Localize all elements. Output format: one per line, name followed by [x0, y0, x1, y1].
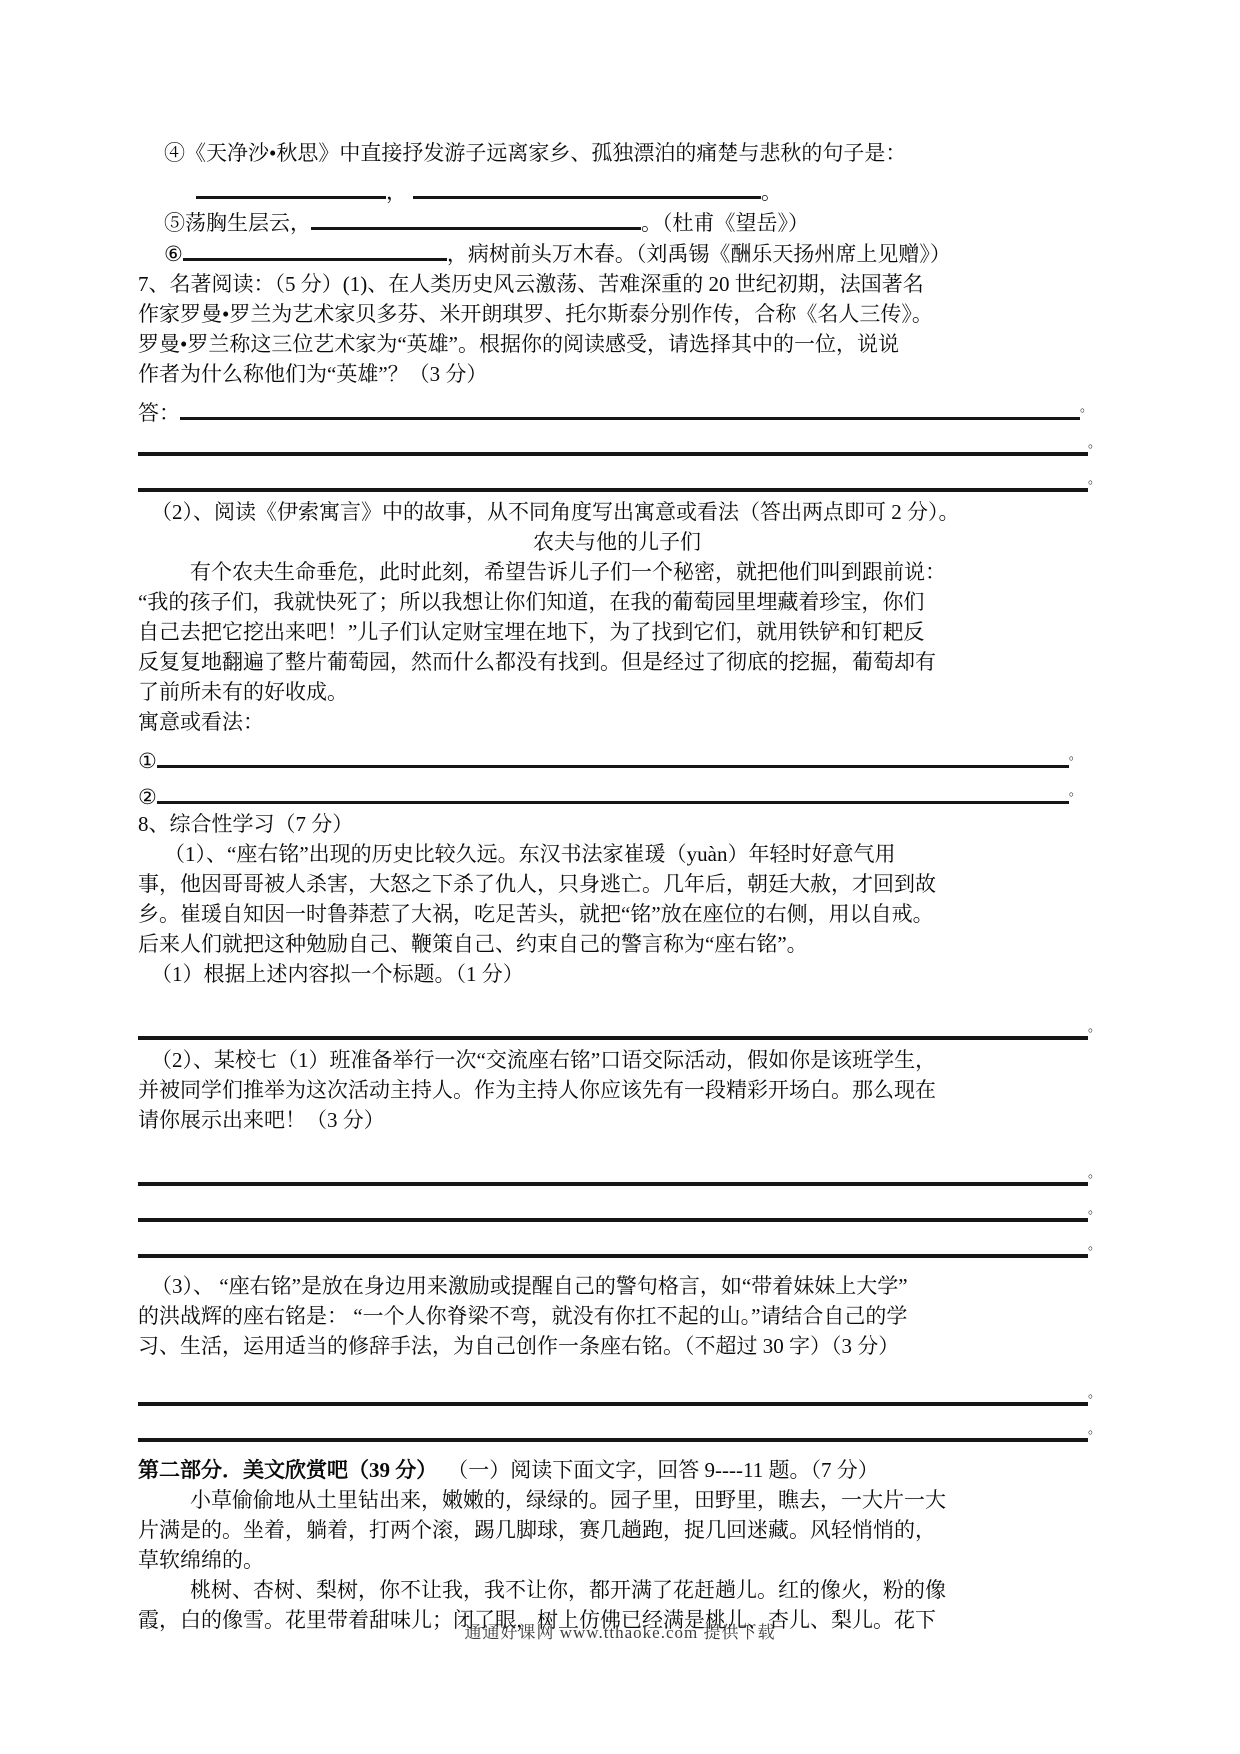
item2-marker: ② [138, 785, 157, 809]
period: 。 [1088, 1421, 1101, 1436]
answer-line-row: 。 [138, 1411, 1096, 1447]
q4-prompt: ④《天净沙•秋思》中直接抒发游子远离家乡、孤独漂泊的痛楚与悲秋的句子是： [138, 138, 1096, 168]
q6-marker: ⑥ [164, 242, 183, 266]
takeaway-row-1: ①。 [138, 737, 1096, 773]
answer-line-row: 。 [138, 1009, 1096, 1045]
period: 。 [1088, 1385, 1101, 1400]
answer-line-row: 。 [138, 1191, 1096, 1227]
q7b-prompt: （2）、阅读《伊索寓言》中的故事，从不同角度写出寓意或看法（答出两点即可 2 分… [138, 497, 1096, 527]
q8-intro-line: （1）、“座右铭”出现的历史比较久远。东汉书法家崔瑗（yuàn）年轻时好意气用 [138, 839, 1096, 869]
passage-line: 桃树、杏树、梨树，你不让我，我不让你，都开满了花赶趟儿。红的像火，粉的像 [138, 1575, 1096, 1605]
takeaway-label: 寓意或看法： [138, 707, 1096, 737]
q6-row: ⑥，病树前头万木春。（刘禹锡《酬乐天扬州席上见赠》） [138, 238, 1096, 269]
q6-source: ，病树前头万木春。（刘禹锡《酬乐天扬州席上见赠》） [447, 242, 951, 266]
answer-blank [138, 468, 1088, 492]
q8-sub3-line: 习、生活，运用适当的修辞手法，为自己创作一条座右铭。（不超过 30 字）（3 分… [138, 1331, 1096, 1361]
answer-label: 答： [138, 401, 180, 425]
q5-row: ⑤荡胸生层云，。（杜甫《望岳》） [138, 207, 1096, 238]
q8-heading: 8、综合性学习（7 分） [138, 809, 1096, 839]
story-title: 农夫与他的儿子们 [138, 527, 1096, 557]
answer-line-row: 。 [138, 1155, 1096, 1191]
item1-marker: ① [138, 749, 157, 773]
part2-heading-instruction: （一）阅读下面文字，回答 9----11 题。（7 分） [447, 1458, 878, 1482]
period: 。 [1088, 1165, 1101, 1180]
answer-blank [196, 176, 386, 199]
q8-sub3-line: 的洪战辉的座右铭是： “一个人你脊梁不弯，就没有你扛不起的山。”请结合自己的学 [138, 1301, 1096, 1331]
story-line: 有个农夫生命垂危，此时此刻，希望告诉儿子们一个秘密，就把他们叫到跟前说： [138, 557, 1096, 587]
passage-line: 小草偷偷地从土里钻出来，嫩嫩的，绿绿的。园子里，田野里，瞧去，一大片一大 [138, 1485, 1096, 1515]
q7-line: 作者为什么称他们为“英雄”？（3 分） [138, 359, 1096, 389]
q8-intro-line: 后来人们就把这种勉励自己、鞭策自己、约束自己的警言称为“座右铭”。 [138, 929, 1096, 959]
exam-paper-page: ④《天净沙•秋思》中直接抒发游子远离家乡、孤独漂泊的痛楚与悲秋的句子是： ，。 … [0, 0, 1240, 1754]
q7-line: 7、名著阅读：（5 分）(1)、在人类历史风云激荡、苦难深重的 20 世纪初期，… [138, 269, 1096, 299]
q8-sub2-line: 并被同学们推举为这次活动主持人。作为主持人你应该先有一段精彩开场白。那么现在 [138, 1075, 1096, 1105]
period: 。 [1088, 435, 1101, 450]
answer-blank [138, 1198, 1088, 1222]
q8-sub3-line: （3）、 “座右铭”是放在身边用来激励或提醒自己的警句格言，如“带着妹妹上大学” [138, 1271, 1096, 1301]
part2-heading: 第二部分．美文欣赏吧（39 分）（一）阅读下面文字，回答 9----11 题。（… [138, 1455, 1096, 1485]
period: 。 [1088, 1237, 1101, 1252]
q8-sub2-line: （2）、某校七（1）班准备举行一次“交流座右铭”口语交际活动，假如你是该班学生， [138, 1045, 1096, 1075]
period: 。 [1069, 783, 1082, 798]
period: 。 [1088, 1201, 1101, 1216]
q4-answer-row: ，。 [138, 176, 1096, 207]
story-line: 自己去把它挖出来吧！”儿子们认定财宝埋在地下，为了找到它们，就用铁铲和钉耙反 [138, 617, 1096, 647]
q8-intro-line: 事，他因哥哥被人杀害，大怒之下杀了仇人，只身逃亡。几年后，朝廷大赦，才回到故 [138, 869, 1096, 899]
story-line: “我的孩子们，我就快死了；所以我想让你们知道，在我的葡萄园里埋藏着珍宝，你们 [138, 587, 1096, 617]
answer-blank [138, 432, 1088, 456]
q7-line: 作家罗曼•罗兰为艺术家贝多芬、米开朗琪罗、托尔斯泰分别作传，合称《名人三传》。 [138, 299, 1096, 329]
answer-blank [138, 1418, 1088, 1442]
answer-blank [157, 781, 1069, 804]
q8-sub2-line: 请你展示出来吧！（3 分） [138, 1105, 1096, 1135]
answer-blank [413, 176, 761, 199]
answer-blank [138, 1234, 1088, 1258]
part2-heading-title: 第二部分．美文欣赏吧（39 分） [138, 1458, 437, 1482]
period: 。 [1069, 747, 1082, 762]
answer-blank [138, 1162, 1088, 1186]
exam-content: ④《天净沙•秋思》中直接抒发游子远离家乡、孤独漂泊的痛楚与悲秋的句子是： ，。 … [138, 138, 1096, 1635]
passage-line: 草软绵绵的。 [138, 1545, 1096, 1575]
answer-blank [138, 1382, 1088, 1406]
comma: ， [386, 180, 407, 204]
answer-blank [157, 745, 1069, 768]
answer-blank [311, 207, 641, 230]
answer-line-row: 。 [138, 461, 1096, 497]
passage-line: 片满是的。坐着，躺着，打两个滚，踢几脚球，赛几趟跑，捉几回迷藏。风轻悄悄的， [138, 1515, 1096, 1545]
period: 。 [1088, 1019, 1101, 1034]
takeaway-row-2: ②。 [138, 773, 1096, 809]
story-line: 反复复地翻遍了整片葡萄园，然而什么都没有找到。但是经过了彻底的挖掘，葡萄却有 [138, 647, 1096, 677]
q7-line: 罗曼•罗兰称这三位艺术家为“英雄”。根据你的阅读感受，请选择其中的一位，说说 [138, 329, 1096, 359]
answer-blank [180, 397, 1080, 420]
answer-blank [138, 1016, 1088, 1040]
q5-text: ⑤荡胸生层云， [164, 211, 311, 235]
q7-answer-row: 答：。 [138, 389, 1096, 425]
period: 。 [1080, 399, 1093, 414]
answer-line-row: 。 [138, 1227, 1096, 1263]
story-line: 了前所未有的好收成。 [138, 677, 1096, 707]
q8-sub1-prompt: （1）根据上述内容拟一个标题。（1 分） [138, 959, 1096, 989]
answer-line-row: 。 [138, 1375, 1096, 1411]
q8-intro-line: 乡。崔瑗自知因一时鲁莽惹了大祸，吃足苦头，就把“铭”放在座位的右侧，用以自戒。 [138, 899, 1096, 929]
answer-line-row: 。 [138, 425, 1096, 461]
q5-source: 。（杜甫《望岳》） [641, 211, 809, 235]
footer-watermark: 通通好课网 www.tthaoke.com 提供下载 [0, 1618, 1240, 1643]
answer-blank [183, 238, 447, 261]
period: 。 [761, 180, 782, 204]
period: 。 [1088, 471, 1101, 486]
